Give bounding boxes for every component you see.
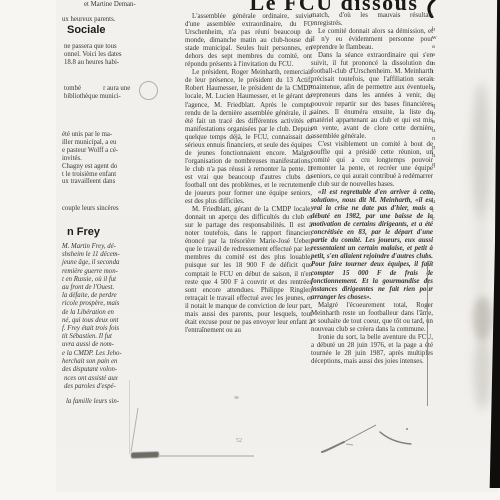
obituary-fragment-lines: la famille leurs sin- bbox=[66, 398, 119, 406]
left-fragment-lines: couple leurs sincères bbox=[62, 205, 119, 213]
cut-letter: n bbox=[432, 60, 441, 68]
article-paragraph: Ironie du sort, la belle aventure du FCU… bbox=[311, 334, 433, 366]
obituary-fragment-lines: nces ont assisté auxdes paroles d'espé- bbox=[64, 375, 118, 391]
text-line: ne passera que tous bbox=[64, 43, 122, 51]
left-fragment-lines: ne passera que tousonnel. Voici les date… bbox=[64, 43, 122, 67]
text-line: M. Martin Frey, dé- bbox=[62, 243, 122, 251]
scan-canvas: Le FCU dissous et Martine Deman- ux heur… bbox=[0, 0, 500, 500]
text-line: ux heureux parents. bbox=[62, 16, 115, 24]
cut-letter: n bbox=[432, 190, 441, 198]
cut-letter: i bbox=[432, 207, 441, 215]
text-line: shsheim le 11 décem- bbox=[62, 251, 122, 259]
text-line: Chagny est agent do bbox=[62, 163, 118, 171]
dark-smudge-dash bbox=[131, 452, 159, 459]
article-column-2: L'assemblée générale ordinaire, suivie d… bbox=[185, 13, 312, 335]
cut-letter: u bbox=[432, 198, 441, 206]
tiny-dot-speck bbox=[234, 396, 239, 399]
article-paragraph: Le président, Roger Meinharth, remerciai… bbox=[185, 69, 312, 206]
pencil-scribble-mark bbox=[314, 417, 448, 459]
cut-letter: p bbox=[432, 110, 441, 118]
text-line: 18.8 au heures habi- bbox=[64, 59, 122, 67]
article-paragraph: Le comité donnait alors sa démission, et… bbox=[311, 28, 433, 52]
fold-line-horizontal bbox=[158, 455, 254, 457]
text-line: ricole prospère, mais bbox=[62, 300, 122, 308]
text-line: né, qui tous deux ont bbox=[62, 317, 122, 325]
cut-letter: c bbox=[432, 215, 441, 223]
margin-cut-letters-lower: nuic bbox=[432, 190, 441, 224]
cut-letter: b bbox=[432, 26, 441, 34]
article-column-3: match, d'où les mauvais résultats enregi… bbox=[311, 12, 433, 366]
article-paragraph: M. Friedblatt, gérant de la CMDP locale,… bbox=[185, 206, 312, 335]
text-line: tit Sébastien. Il fut bbox=[62, 333, 122, 341]
text-line: jeune âge, il seconda bbox=[62, 259, 122, 267]
left-fragment-lines: tombé r aura unebibliothèque munici- bbox=[64, 85, 130, 101]
article-paragraph: L'assemblée générale ordinaire, suivie d… bbox=[185, 13, 312, 69]
text-line: e la CMDP. Les Jeho- bbox=[62, 350, 122, 358]
obituary-fragment-lines: M. Martin Frey, dé-shsheim le 11 décem-j… bbox=[62, 243, 122, 374]
text-line: herchait son pain en bbox=[62, 358, 122, 366]
article-paragraph: Dans la séance extraordinaire qui s'en s… bbox=[311, 52, 433, 141]
cut-letter: w bbox=[432, 34, 441, 42]
clipping-edge-line bbox=[427, 261, 428, 406]
section-heading-sociale: Sociale bbox=[67, 27, 106, 35]
text-line: invités. bbox=[62, 155, 118, 163]
text-line: iller municipal, a eu bbox=[62, 139, 118, 147]
fold-line-vertical bbox=[129, 380, 130, 454]
tiny-print-speck: 52 bbox=[236, 438, 242, 444]
margin-cut-letters-upper: bwaantcudqpaunphq bbox=[432, 26, 441, 169]
text-line: couple leurs sincères bbox=[62, 205, 119, 213]
text-line: f. Frey était trois fois bbox=[62, 325, 122, 333]
cut-letter: a bbox=[432, 43, 441, 51]
cut-letter: c bbox=[432, 76, 441, 84]
left-column-fragments: et Martine Deman- ux heureux parents. So… bbox=[62, 1, 185, 411]
section-heading-frey: n Frey bbox=[67, 229, 100, 237]
cut-letter: q bbox=[432, 102, 441, 110]
text-line: des disputant volon- bbox=[62, 366, 122, 374]
cut-letter: u bbox=[432, 127, 441, 135]
left-fragment-lines: ux heureux parents. bbox=[62, 16, 115, 24]
cut-letter: d bbox=[432, 93, 441, 101]
left-fragment-lines: été unis par le ma-iller municipal, a eu… bbox=[62, 131, 118, 186]
article-paragraph: C'est visiblement un comité à bout de so… bbox=[311, 141, 433, 189]
photocopy-smudge bbox=[474, 335, 491, 410]
text-line: nces ont assisté aux bbox=[64, 375, 118, 383]
scanned-newspaper-photocopy: { "colors": { "page_background": "#f7f6f… bbox=[0, 0, 500, 500]
text-line: la défaite, de perdre bbox=[62, 292, 122, 300]
cut-letter: a bbox=[432, 118, 441, 126]
text-line: t le troisième enfant bbox=[62, 171, 118, 179]
text-line: et Martine Deman- bbox=[84, 1, 136, 9]
photocopy-smudge bbox=[476, 215, 486, 305]
text-line: onnel. Voici les dates bbox=[64, 51, 122, 59]
article-paragraph: match, d'où les mauvais résultats enregi… bbox=[311, 12, 433, 28]
cut-letter: t bbox=[432, 68, 441, 76]
ring-hole-mark bbox=[139, 81, 158, 100]
text-line: au front de l'Ouest. bbox=[62, 284, 122, 292]
text-line: uvra aussi de nom- bbox=[62, 341, 122, 349]
cut-letter: a bbox=[432, 51, 441, 59]
text-line: e pasteur Wolff a cé- bbox=[62, 147, 118, 155]
cut-letter: q bbox=[432, 161, 441, 169]
article-paragraph: «Il est regrettable d'en arriver à cette… bbox=[311, 189, 433, 302]
text-line: la famille leurs sin- bbox=[66, 398, 119, 406]
cut-letter: h bbox=[432, 152, 441, 160]
cut-letter: n bbox=[432, 135, 441, 143]
text-line: tombé r aura une bbox=[64, 85, 130, 93]
text-line: remière guerre mon- bbox=[62, 268, 122, 276]
cut-letter: u bbox=[432, 85, 441, 93]
text-line: été unis par le ma- bbox=[62, 131, 118, 139]
text-line: des paroles d'espé- bbox=[64, 383, 118, 391]
article-paragraph: Malgré l'écoeurement total, Roger Meinha… bbox=[311, 302, 433, 334]
diagonal-scratch-mark bbox=[128, 406, 142, 454]
text-line: bibliothèque munici- bbox=[64, 93, 130, 101]
text-line: de la Libération en bbox=[62, 309, 122, 317]
left-fragment-lines: et Martine Deman- bbox=[84, 1, 136, 9]
text-line: t en Russie, où il fut bbox=[62, 276, 122, 284]
text-line: ux travailleent dans bbox=[62, 178, 118, 186]
cut-letter: p bbox=[432, 144, 441, 152]
photocopy-smudge bbox=[472, 82, 490, 222]
